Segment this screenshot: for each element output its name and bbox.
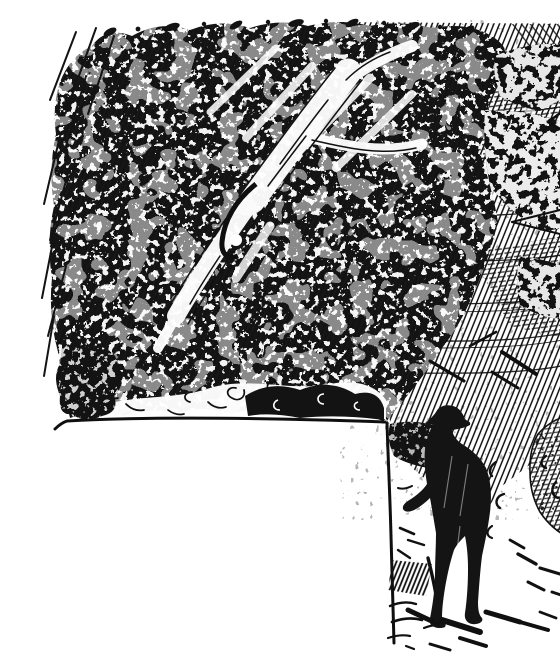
illustration: Man walking in driving rain beneath a st… — [40, 16, 560, 656]
illustration-frame: Man walking in driving rain beneath a st… — [40, 16, 560, 656]
path-hatch-patch — [388, 560, 432, 596]
